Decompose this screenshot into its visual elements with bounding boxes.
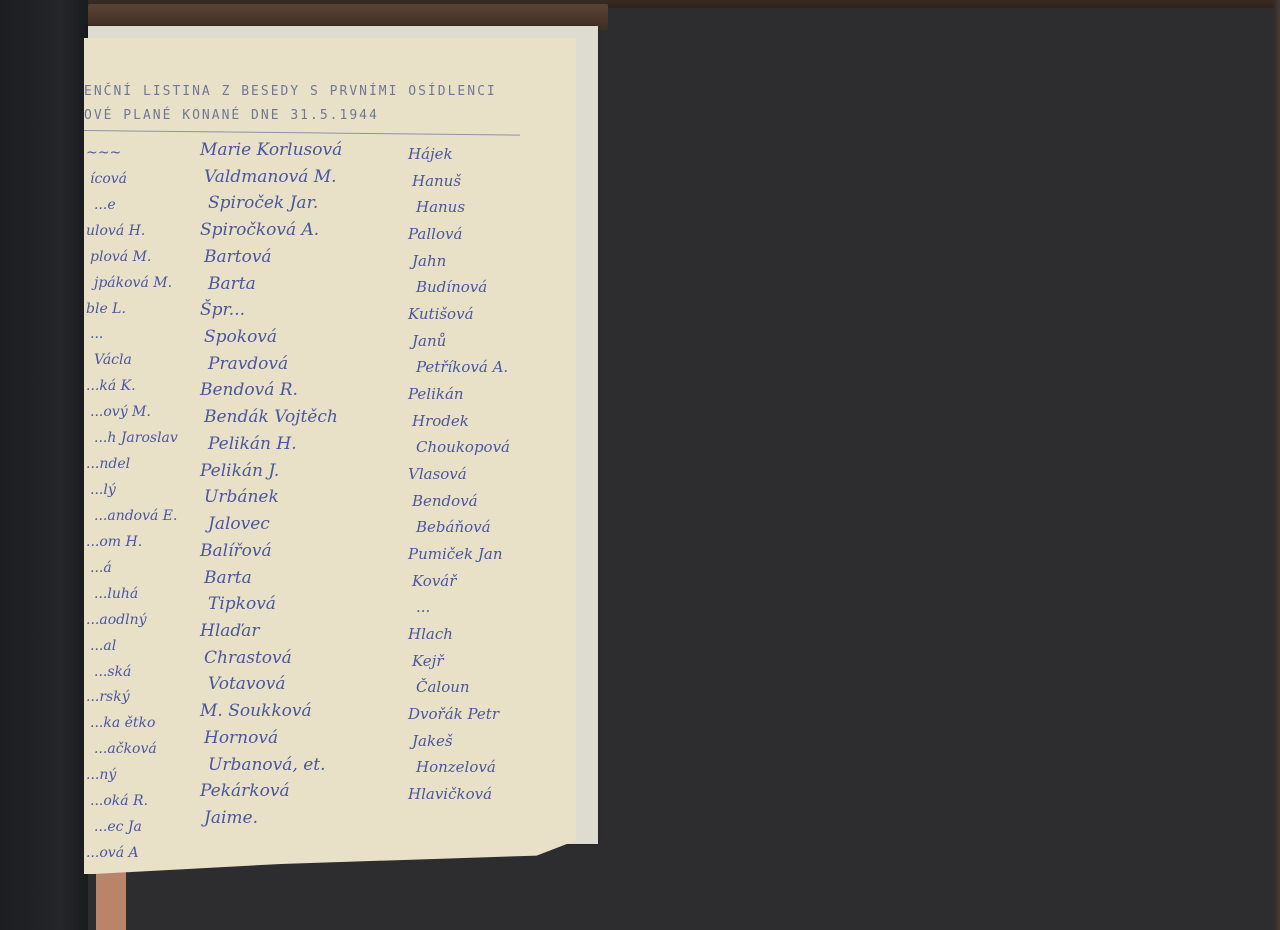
- signature: ...aodlný: [86, 612, 147, 628]
- signature: ...ová A: [86, 845, 139, 861]
- signature: Jalovec: [208, 514, 270, 534]
- signature: Václa: [94, 352, 132, 368]
- signature: ...ndel: [86, 456, 130, 472]
- signature: Chrastová: [204, 648, 292, 668]
- signature: Tipková: [208, 594, 276, 614]
- signature: Kutišová: [408, 305, 474, 323]
- signature: ~~~: [86, 145, 121, 161]
- binding-right: [1274, 0, 1280, 930]
- spine-tape: [96, 870, 126, 930]
- signature: ...ka ětko: [90, 715, 155, 731]
- signature: ulová H.: [86, 223, 145, 239]
- signature: Hanuš: [412, 172, 461, 190]
- signature: Pelikán J.: [200, 461, 279, 481]
- signature: Hlaďar: [200, 621, 260, 641]
- signature: plová M.: [90, 249, 151, 265]
- signature: Bartová: [204, 247, 272, 267]
- signature: ...: [90, 326, 103, 342]
- signature: Hlach: [408, 625, 453, 643]
- signature: ...ská: [94, 664, 131, 680]
- signature: ...oká R.: [90, 793, 148, 809]
- signature: Barta: [208, 274, 256, 294]
- signature: Pelikán H.: [208, 434, 297, 454]
- signature: ...ká K.: [86, 378, 136, 394]
- signature: Urbanová, et.: [208, 755, 326, 775]
- signature: Hornová: [204, 728, 278, 748]
- signature: Jaime.: [204, 808, 258, 828]
- signature: ...ačková: [94, 741, 157, 757]
- signature: Urbánek: [204, 487, 279, 507]
- signature: Hájek: [408, 145, 453, 163]
- signature: Choukopová: [416, 438, 510, 456]
- signature: ...h Jaroslav: [94, 430, 178, 446]
- signature: Petříková A.: [416, 358, 508, 376]
- signature: ...: [416, 598, 430, 616]
- signature: ...al: [90, 638, 116, 654]
- signature: Kejř: [412, 652, 444, 670]
- signature: ...om H.: [86, 534, 142, 550]
- signature: ...ný: [86, 767, 116, 783]
- signature: Spiroček Jar.: [208, 193, 318, 213]
- signature: ...luhá: [94, 586, 138, 602]
- signature: Spiročková A.: [200, 220, 319, 240]
- signature: Bendová R.: [200, 380, 298, 400]
- signature: Vlasová: [408, 465, 467, 483]
- signature: ...ec Ja: [94, 819, 142, 835]
- signature: ícová: [90, 171, 127, 187]
- signature: Bendák Vojtěch: [204, 407, 338, 427]
- signature: Čaloun: [416, 678, 470, 696]
- signature: Pekárková: [200, 781, 290, 801]
- signature: Kovář: [412, 572, 456, 590]
- signature: Janů: [412, 332, 446, 350]
- signature: M. Soukková: [200, 701, 312, 721]
- signature: Balířová: [200, 541, 272, 561]
- signature: Budínová: [416, 278, 487, 296]
- signature: ...ový M.: [90, 404, 151, 420]
- signature: ...lý: [90, 482, 116, 498]
- signature: Hlavičková: [408, 785, 492, 803]
- signature: ...rský: [86, 689, 130, 705]
- signature: Pumiček Jan: [408, 545, 503, 563]
- binding-left: [0, 0, 88, 930]
- signature: Jakeš: [412, 732, 453, 750]
- heading-line-1: ENČNÍ LISTINA Z BESEDY S PRVNÍMI OSÍDLEN…: [84, 84, 497, 99]
- signature: Marie Korlusová: [200, 140, 342, 160]
- signature: Bendová: [412, 492, 478, 510]
- signature: Spoková: [204, 327, 277, 347]
- signature: Pelikán: [408, 385, 464, 403]
- signature: Pallová: [408, 225, 462, 243]
- signature: ble L.: [86, 301, 126, 317]
- signature: ...andová E.: [94, 508, 177, 524]
- signature: Votavová: [208, 674, 286, 694]
- signature: Bebáňová: [416, 518, 491, 536]
- signature: Jahn: [412, 252, 446, 270]
- signature: Barta: [204, 568, 252, 588]
- signature: Špr...: [200, 300, 245, 320]
- signature: Honzelová: [416, 758, 496, 776]
- signature: ...á: [90, 560, 112, 576]
- signature: Hanus: [416, 198, 465, 216]
- heading-line-2: OVÉ PLANÉ KONANÉ DNE 31.5.1944: [84, 108, 379, 123]
- signature: ...e: [94, 197, 116, 213]
- scanned-document: ENČNÍ LISTINA Z BESEDY S PRVNÍMI OSÍDLEN…: [0, 0, 1280, 930]
- signature: Valdmanová M.: [204, 167, 337, 187]
- signature: Dvořák Petr: [408, 705, 499, 723]
- signature: jpáková M.: [94, 275, 172, 291]
- signature: Pravdová: [208, 354, 288, 374]
- signature: Hrodek: [412, 412, 469, 430]
